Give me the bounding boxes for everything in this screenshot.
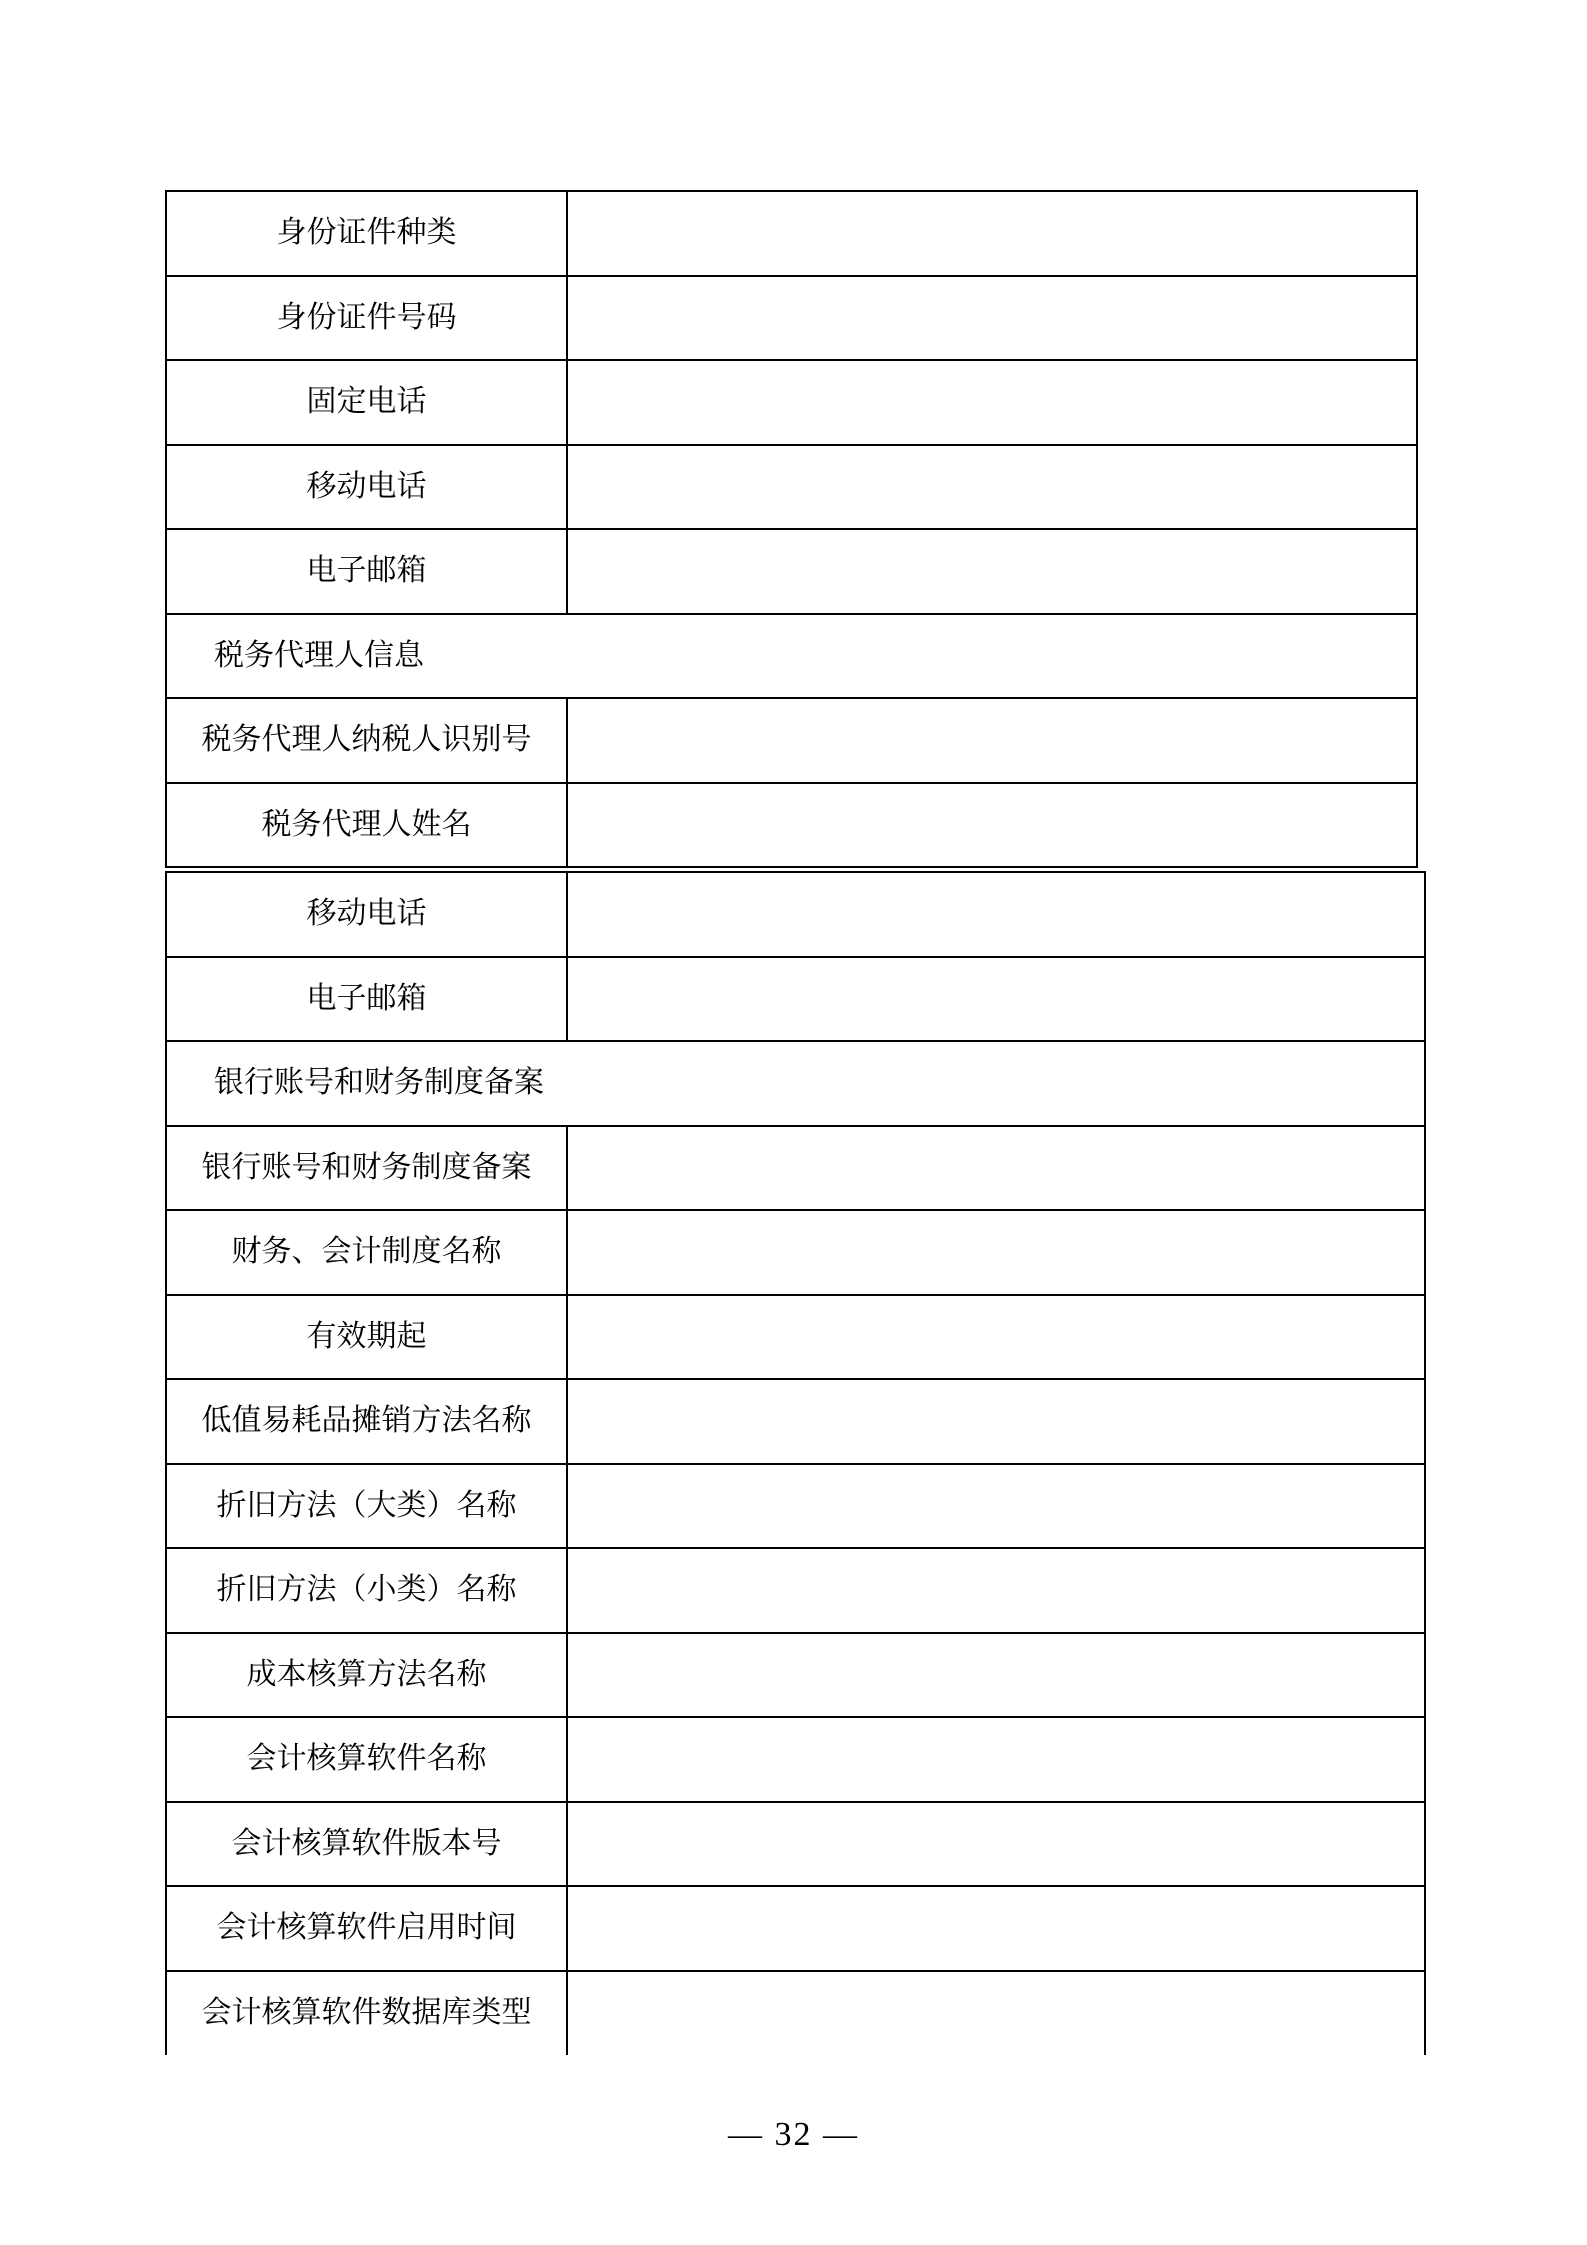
- table-row: 会计核算软件启用时间: [166, 1886, 1425, 1971]
- field-value-cell: [567, 1633, 1425, 1718]
- field-label-depreciation-method-minor: 折旧方法（小类）名称: [166, 1548, 567, 1633]
- table-row: 折旧方法（小类）名称: [166, 1548, 1425, 1633]
- field-value-cell: [567, 957, 1425, 1042]
- field-label-tax-agent-taxpayer-id: 税务代理人纳税人识别号: [166, 698, 567, 783]
- document-page: 身份证件种类 身份证件号码 固定电话 移动电话 电子邮箱 税务代理人信息: [0, 0, 1587, 2245]
- table-row: 折旧方法（大类）名称: [166, 1464, 1425, 1549]
- page-number: — 32 —: [0, 2116, 1587, 2154]
- field-value-cell: [567, 360, 1417, 445]
- field-label-email: 电子邮箱: [166, 529, 567, 614]
- table-row: 电子邮箱: [166, 957, 1425, 1042]
- field-value-cell: [567, 698, 1417, 783]
- field-value-cell: [567, 1971, 1425, 2056]
- field-label-accounting-software-version: 会计核算软件版本号: [166, 1802, 567, 1887]
- table-row: 有效期起: [166, 1295, 1425, 1380]
- field-label-fixed-phone: 固定电话: [166, 360, 567, 445]
- field-value-cell: [567, 1548, 1425, 1633]
- table-row: 财务、会计制度名称: [166, 1210, 1425, 1295]
- field-label-mobile-phone: 移动电话: [166, 872, 567, 957]
- field-value-cell: [567, 783, 1417, 868]
- field-label-valid-from: 有效期起: [166, 1295, 567, 1380]
- table-row: 成本核算方法名称: [166, 1633, 1425, 1718]
- field-label-id-document-type: 身份证件种类: [166, 191, 567, 276]
- table-row: 会计核算软件版本号: [166, 1802, 1425, 1887]
- field-value-cell: [567, 1210, 1425, 1295]
- section-header-tax-agent-info: 税务代理人信息: [166, 614, 1417, 699]
- field-label-mobile-phone: 移动电话: [166, 445, 567, 530]
- table-row: 固定电话: [166, 360, 1417, 445]
- field-label-cost-accounting-method: 成本核算方法名称: [166, 1633, 567, 1718]
- field-label-bank-account-finance-filing: 银行账号和财务制度备案: [166, 1126, 567, 1211]
- registration-form-table-lower: 移动电话 电子邮箱 银行账号和财务制度备案 银行账号和财务制度备案 财务、会计制…: [165, 871, 1426, 2055]
- field-value-cell: [567, 1802, 1425, 1887]
- table-row: 身份证件号码: [166, 276, 1417, 361]
- registration-form-table-upper: 身份证件种类 身份证件号码 固定电话 移动电话 电子邮箱 税务代理人信息: [165, 190, 1418, 868]
- field-value-cell: [567, 1295, 1425, 1380]
- table-row: 会计核算软件名称: [166, 1717, 1425, 1802]
- field-label-depreciation-method-major: 折旧方法（大类）名称: [166, 1464, 567, 1549]
- field-label-tax-agent-name: 税务代理人姓名: [166, 783, 567, 868]
- field-value-cell: [567, 1379, 1425, 1464]
- field-value-cell: [567, 872, 1425, 957]
- field-value-cell: [567, 445, 1417, 530]
- field-label-email: 电子邮箱: [166, 957, 567, 1042]
- table-row: 电子邮箱: [166, 529, 1417, 614]
- section-header-row: 税务代理人信息: [166, 614, 1417, 699]
- table-row: 移动电话: [166, 445, 1417, 530]
- table-row: 低值易耗品摊销方法名称: [166, 1379, 1425, 1464]
- section-header-row: 银行账号和财务制度备案: [166, 1041, 1425, 1126]
- field-value-cell: [567, 1717, 1425, 1802]
- field-label-id-document-number: 身份证件号码: [166, 276, 567, 361]
- field-value-cell: [567, 1464, 1425, 1549]
- field-value-cell: [567, 1126, 1425, 1211]
- table-row: 银行账号和财务制度备案: [166, 1126, 1425, 1211]
- table-row: 税务代理人纳税人识别号: [166, 698, 1417, 783]
- field-value-cell: [567, 529, 1417, 614]
- field-label-low-value-consumables-amortization-method: 低值易耗品摊销方法名称: [166, 1379, 567, 1464]
- table-row: 移动电话: [166, 872, 1425, 957]
- field-label-accounting-software-name: 会计核算软件名称: [166, 1717, 567, 1802]
- field-label-accounting-software-start-date: 会计核算软件启用时间: [166, 1886, 567, 1971]
- field-label-accounting-software-database-type: 会计核算软件数据库类型: [166, 1971, 567, 2056]
- field-label-finance-accounting-system-name: 财务、会计制度名称: [166, 1210, 567, 1295]
- field-value-cell: [567, 191, 1417, 276]
- table-row: 税务代理人姓名: [166, 783, 1417, 868]
- section-header-bank-account-finance-filing: 银行账号和财务制度备案: [166, 1041, 1425, 1126]
- field-value-cell: [567, 276, 1417, 361]
- table-row: 身份证件种类: [166, 191, 1417, 276]
- field-value-cell: [567, 1886, 1425, 1971]
- table-row: 会计核算软件数据库类型: [166, 1971, 1425, 2056]
